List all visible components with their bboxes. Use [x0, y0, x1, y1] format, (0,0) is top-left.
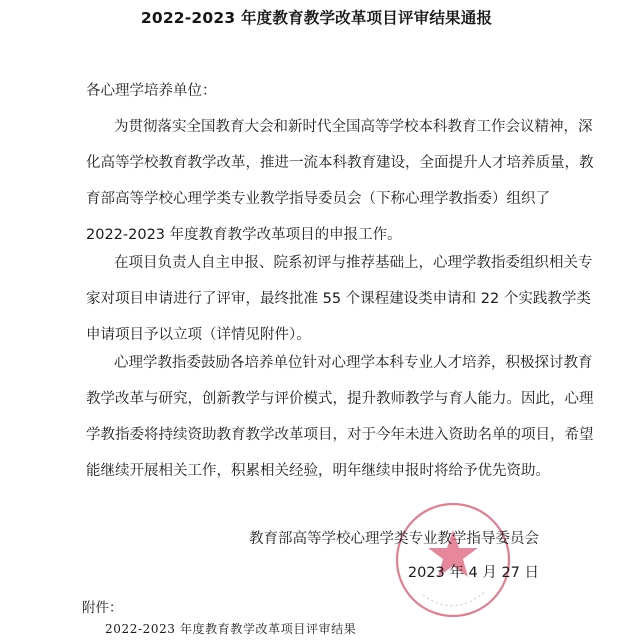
paragraph-line: 学教指委将持续资助教育教学改革项目，对于今年未进入资助名单的项目，希望: [86, 423, 594, 444]
paragraph-line: 育部高等学校心理学类专业教学指导委员会（下称心理学教指委）组织了: [86, 187, 550, 208]
paragraph-line: 2022-2023 年度教育教学改革项目的申报工作。: [86, 223, 402, 244]
attachment-label: 附件：: [82, 596, 123, 616]
paragraph-line: 化高等学校教育教学改革，推进一流本科教育建设，全面提升人才培养质量，教: [86, 151, 594, 172]
paragraph-line: 在项目负责人自主申报、院系初评与推荐基础上，心理学教指委组织相关专: [114, 251, 593, 272]
signature-organization: 教育部高等学校心理学类专业教学指导委员会: [249, 527, 539, 548]
paragraph-line: 能继续开展相关工作，积累相关经验，明年继续申报时将给予优先资助。: [86, 459, 550, 480]
official-seal: [393, 500, 513, 620]
paragraph-line: 教学改革与研究，创新教学与评价模式，提升教师教学与育人能力。因此，心理: [86, 387, 594, 408]
paragraph-line: 为贯彻落实全国教育大会和新时代全国高等学校本科教育工作会议精神，深: [114, 115, 593, 136]
paragraph-line: 心理学教指委鼓励各培养单位针对心理学本科专业人才培养，积极探讨教育: [114, 351, 593, 372]
salutation: 各心理学培养单位：: [86, 79, 217, 100]
signature-date: 2023 年 4 月 27 日: [408, 561, 539, 582]
attachment-item[interactable]: 2022-2023 年度教育教学改革项目评审结果: [105, 620, 356, 637]
document-title: 2022-2023 年度教育教学改革项目评审结果通报: [0, 6, 633, 28]
paragraph-line: 家对项目申请进行了评审，最终批准 55 个课程建设类申请和 22 个实践教学类: [86, 287, 591, 308]
paragraph-line: 申请项目予以立项（详情见附件）。: [86, 323, 311, 344]
